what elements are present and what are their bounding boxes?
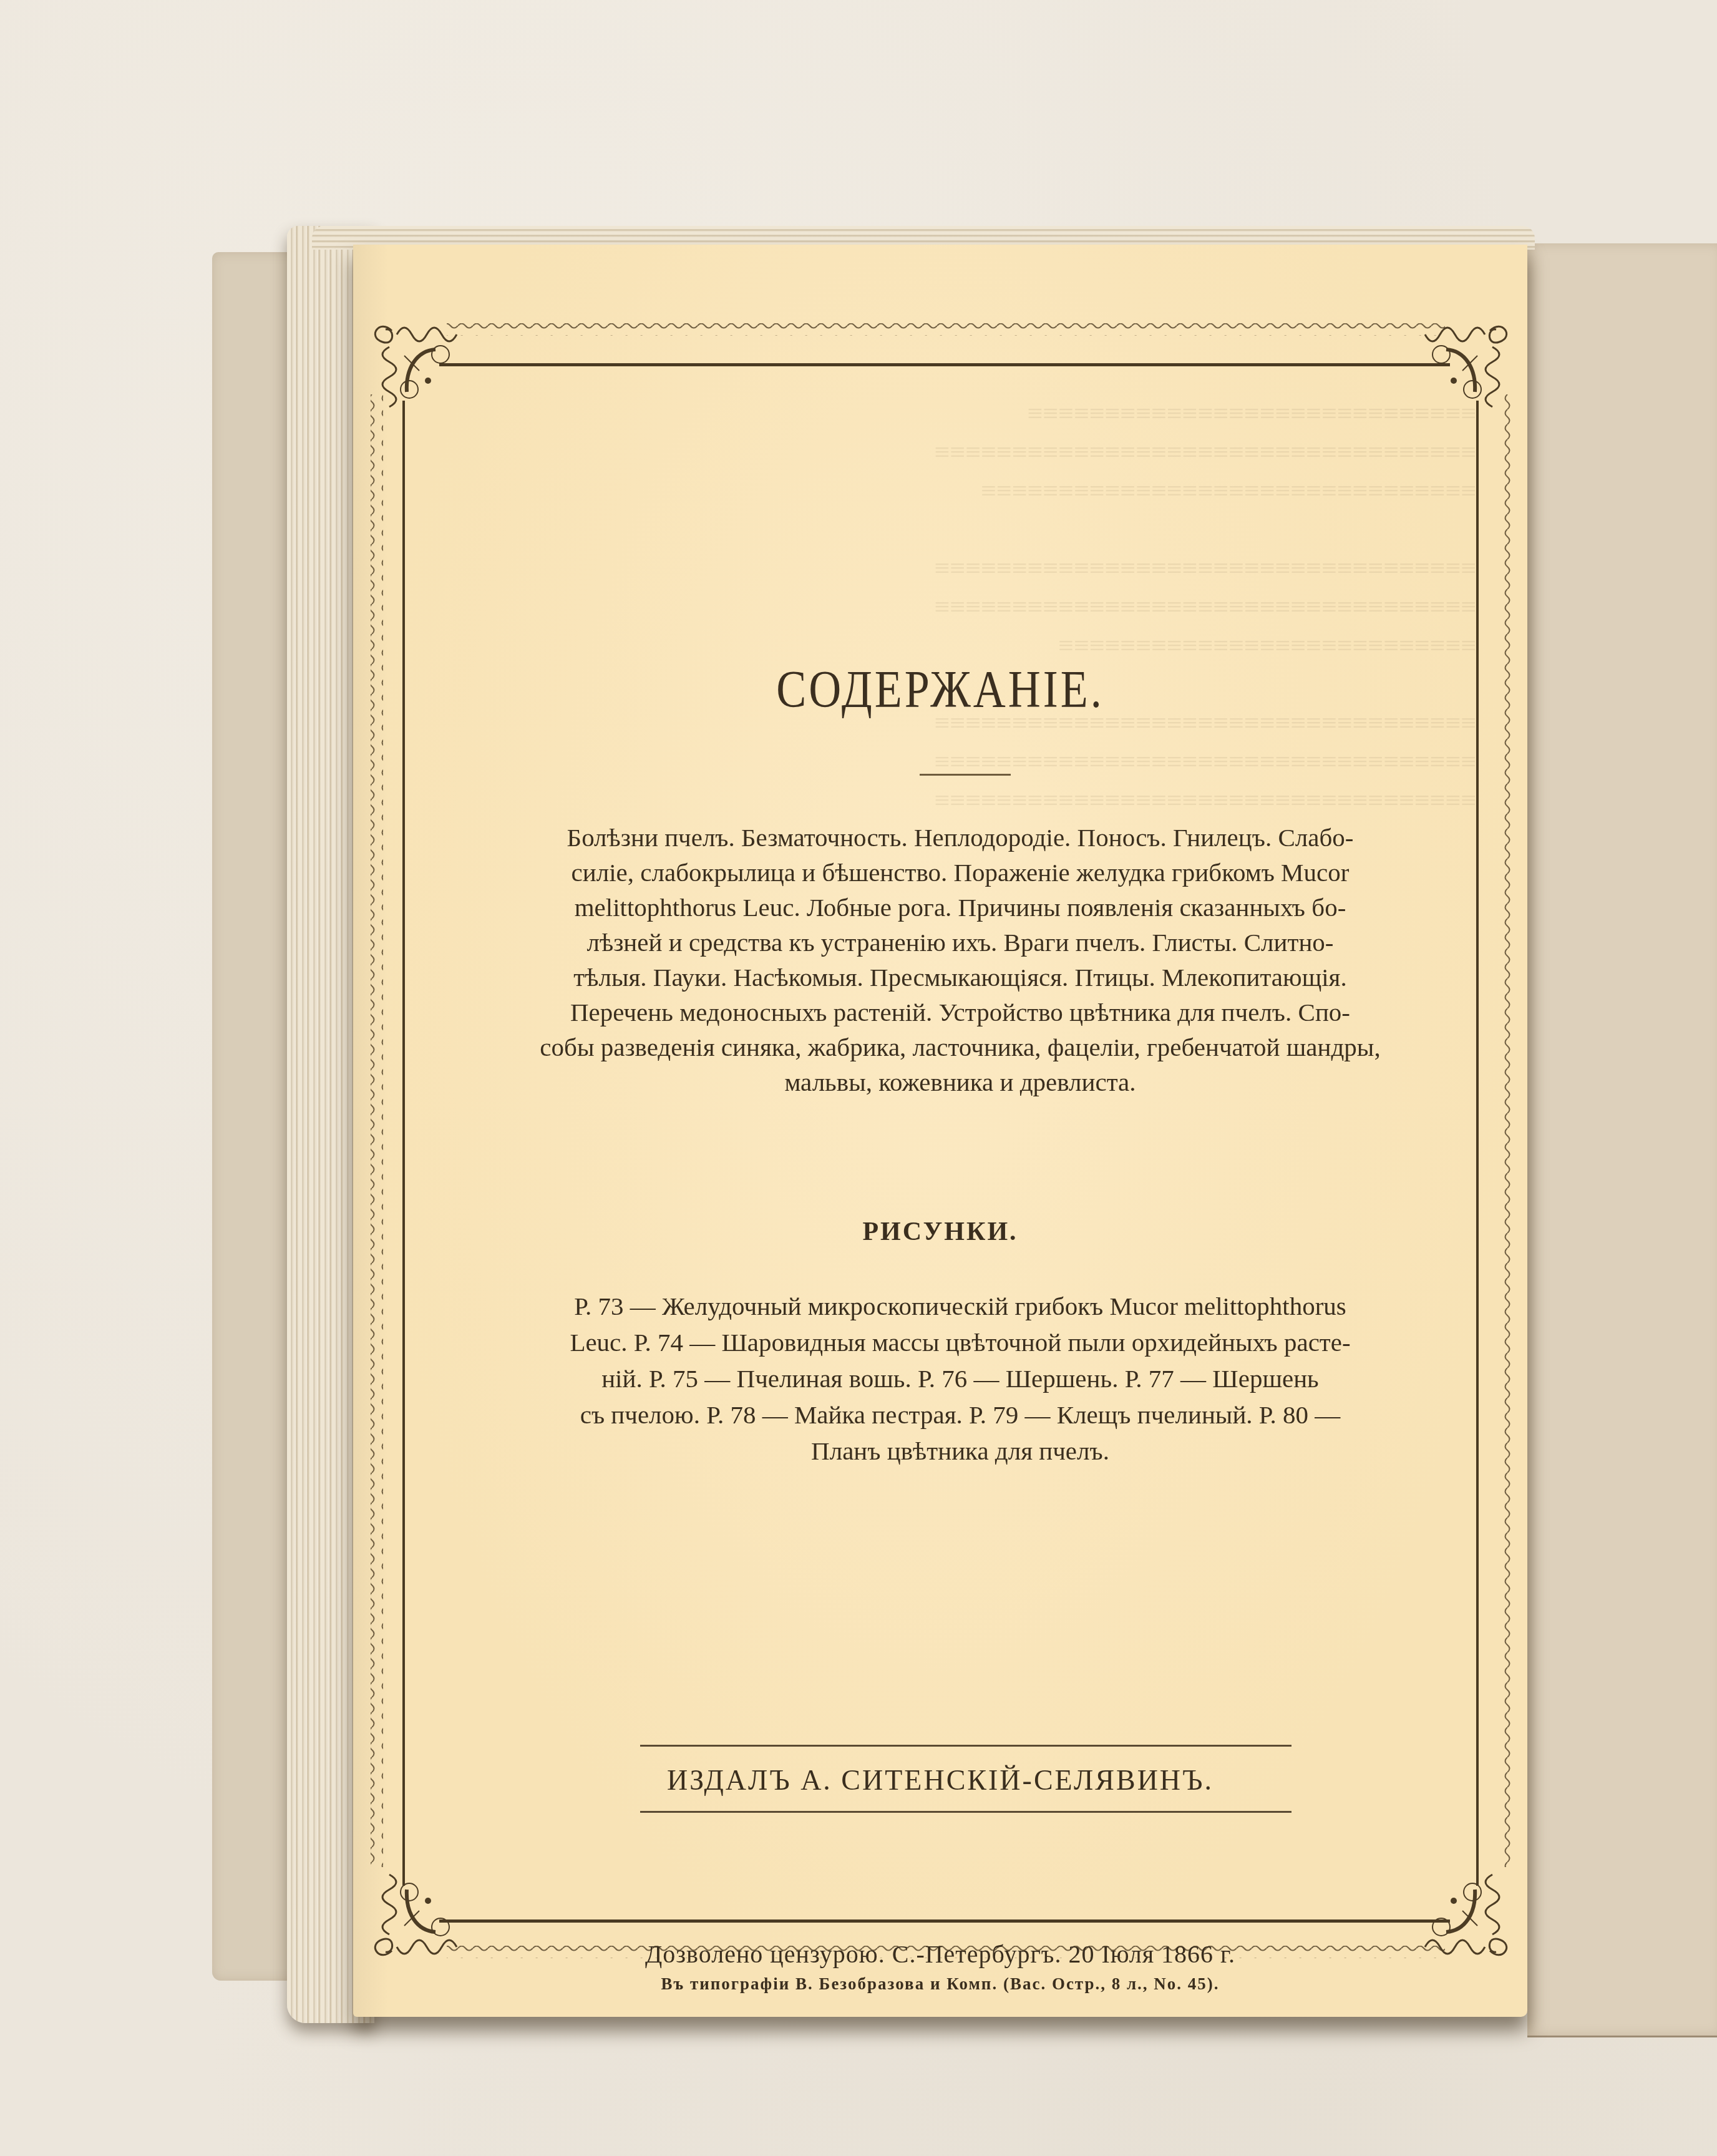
printer-imprint: Въ типографіи В. Безобразова и Комп. (Ва… (353, 1974, 1527, 1994)
contents-line: melittophthorus Leuc. Лобные рога. Причи… (460, 890, 1460, 925)
figures-line: Р. 73 — Желудочный микроскопическій гриб… (460, 1288, 1460, 1324)
title-divider (920, 774, 1011, 776)
figures-line: ній. Р. 75 — Пчелиная вошь. Р. 76 — Шерш… (460, 1360, 1460, 1397)
contents-line: мальвы, кожевника и древлиста. (460, 1065, 1460, 1100)
figures-heading: РИСУНКИ. (353, 1217, 1527, 1247)
show-through-texture: ≡≡≡≡≡≡≡≡≡≡≡≡≡≡≡≡≡≡≡≡≡≡≡≡≡≡≡≡≡ ≡≡≡≡≡≡≡≡≡≡… (397, 394, 1476, 1954)
book-page: ≡≡≡≡≡≡≡≡≡≡≡≡≡≡≡≡≡≡≡≡≡≡≡≡≡≡≡≡≡ ≡≡≡≡≡≡≡≡≡≡… (353, 245, 1527, 2017)
ornamental-border (353, 245, 1527, 2017)
censorship-imprint: Дозволено цензурою. С.-Петербургъ. 20 Ію… (353, 1939, 1527, 1969)
contents-paragraph: Болѣзни пчелъ. Безматочность. Неплодород… (460, 820, 1460, 1100)
contents-line: тѣлыя. Пауки. Насѣкомыя. Пресмыкающіяся.… (460, 960, 1460, 995)
figures-line: Планъ цвѣтника для пчелъ. (460, 1433, 1460, 1469)
publisher-line: ИЗДАЛЪ А. СИТЕНСКІЙ-СЕЛЯВИНЪ. (353, 1763, 1527, 1797)
figures-paragraph: Р. 73 — Желудочный микроскопическій гриб… (460, 1288, 1460, 1469)
contents-line: собы разведенія синяка, жабрика, ласточн… (460, 1030, 1460, 1065)
publisher-rule-top (640, 1745, 1291, 1747)
contents-line: силіе, слабокрылица и бѣшенство. Поражен… (460, 855, 1460, 890)
page-title: СОДЕРЖАНІЕ. (353, 660, 1527, 721)
contents-line: Перечень медоносныхъ растеній. Устройств… (460, 995, 1460, 1030)
figures-line: съ пчелою. Р. 78 — Майка пестрая. Р. 79 … (460, 1397, 1460, 1433)
figures-line: Leuc. Р. 74 — Шаровидныя массы цвѣточной… (460, 1324, 1460, 1360)
cover-right-flap (1527, 243, 1717, 2037)
publisher-rule-bottom (640, 1811, 1291, 1813)
contents-line: Болѣзни пчелъ. Безматочность. Неплодород… (460, 820, 1460, 855)
contents-line: лѣзней и средства къ устраненію ихъ. Вра… (460, 925, 1460, 960)
